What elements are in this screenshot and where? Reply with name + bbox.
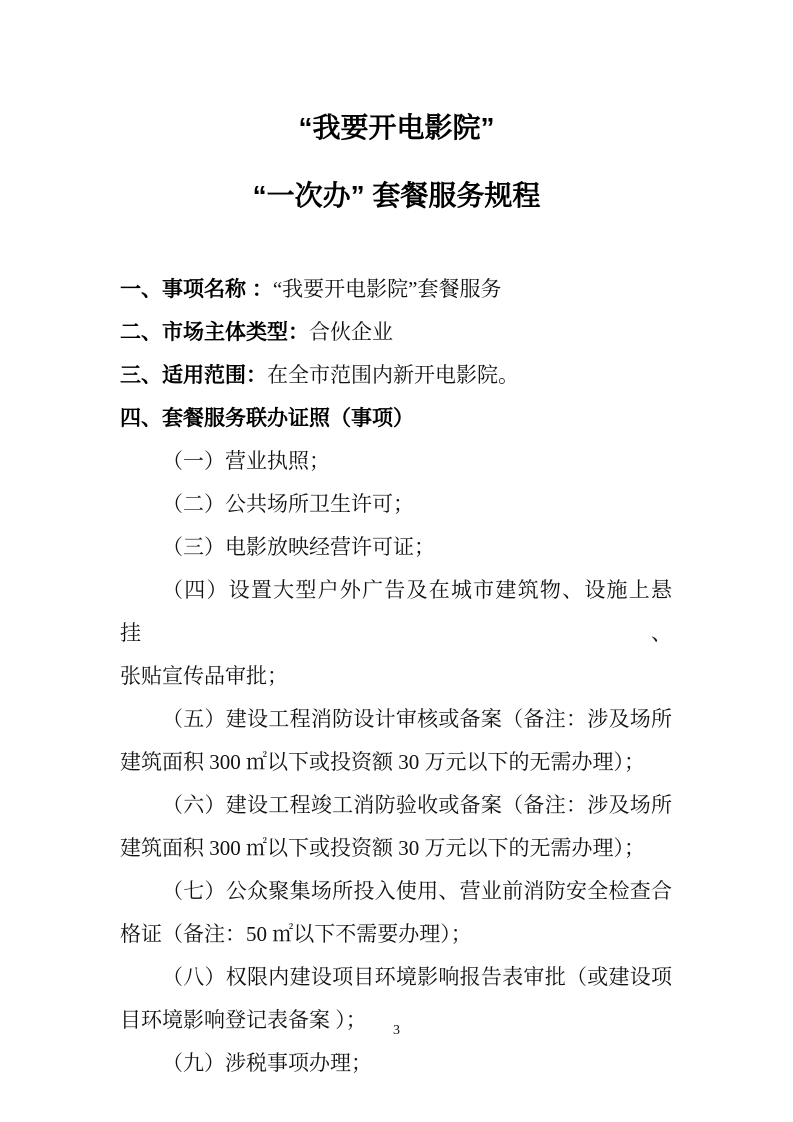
list-item-9: （九）涉税事项办理；	[120, 1042, 672, 1085]
list-item-6-line-1: （六）建设工程竣工消防验收或备案（备注：涉及场所	[120, 784, 672, 827]
list-item-6: （六）建设工程竣工消防验收或备案（备注：涉及场所建筑面积 300 ㎡以下或投资额…	[120, 784, 672, 870]
section-scope-text: 在全市范围内新开电影院。	[267, 363, 519, 387]
list-item-2-line-1: （二）公共场所卫生许可；	[120, 483, 672, 526]
list-item-3: （三）电影放映经营许可证；	[120, 526, 672, 569]
page-number: 3	[0, 1022, 793, 1040]
section-scope: 三、适用范围：在全市范围内新开电影院。	[120, 354, 672, 397]
section-entity-type: 二、市场主体类型：合伙企业	[120, 311, 672, 354]
document-page: “我要开电影院” “一次办” 套餐服务规程 一、事项名称 ：“我要开电影院”套餐…	[0, 0, 793, 1122]
list-item-5: （五）建设工程消防设计审核或备案（备注：涉及场所建筑面积 300 ㎡以下或投资额…	[120, 698, 672, 784]
list-item-7-line-1: （七）公众聚集场所投入使用、营业前消防安全检查合	[120, 870, 672, 913]
list-item-4-line-2: 张贴宣传品审批；	[120, 655, 672, 698]
list-item-4: （四）设置大型户外广告及在城市建筑物、设施上悬挂、张贴宣传品审批；	[120, 569, 672, 698]
section-item-name: 一、事项名称 ：“我要开电影院”套餐服务	[120, 268, 672, 311]
section-item-name-text: “我要开电影院”套餐服务	[273, 277, 502, 301]
list-item-7: （七）公众聚集场所投入使用、营业前消防安全检查合格证（备注：50 ㎡以下不需要办…	[120, 870, 672, 956]
list-item-1: （一）营业执照；	[120, 440, 672, 483]
section-item-name-heading: 一、事项名称 ：	[120, 278, 273, 301]
section-licenses-heading: 四、套餐服务联办证照（事项）	[120, 407, 414, 430]
list-item-2: （二）公共场所卫生许可；	[120, 483, 672, 526]
list-item-8-line-1: （八）权限内建设项目环境影响报告表审批（或建设项	[120, 956, 672, 999]
list-item-5-line-1: （五）建设工程消防设计审核或备案（备注：涉及场所	[120, 698, 672, 741]
document-body: 一、事项名称 ：“我要开电影院”套餐服务 二、市场主体类型：合伙企业 三、适用范…	[0, 268, 793, 1085]
list-item-1-line-1: （一）营业执照；	[120, 440, 672, 483]
list-item-7-line-2: 格证（备注：50 ㎡以下不需要办理）；	[120, 913, 672, 956]
list-item-3-line-1: （三）电影放映经营许可证；	[120, 526, 672, 569]
section-licenses: 四、套餐服务联办证照（事项）	[120, 397, 672, 440]
document-title-line-1: “我要开电影院”	[0, 112, 793, 144]
list-item-9-line-1: （九）涉税事项办理；	[120, 1042, 672, 1085]
section-scope-heading: 三、适用范围：	[120, 364, 267, 387]
list-item-4-line-1: （四）设置大型户外广告及在城市建筑物、设施上悬挂、	[120, 569, 672, 655]
document-title-line-2: “一次办” 套餐服务规程	[0, 180, 793, 212]
section-entity-type-heading: 二、市场主体类型：	[120, 321, 309, 344]
list-item-6-line-2: 建筑面积 300 ㎡以下或投资额 30 万元以下的无需办理）；	[120, 827, 672, 870]
section-entity-type-text: 合伙企业	[309, 320, 393, 344]
list-item-5-line-2: 建筑面积 300 ㎡以下或投资额 30 万元以下的无需办理）；	[120, 741, 672, 784]
